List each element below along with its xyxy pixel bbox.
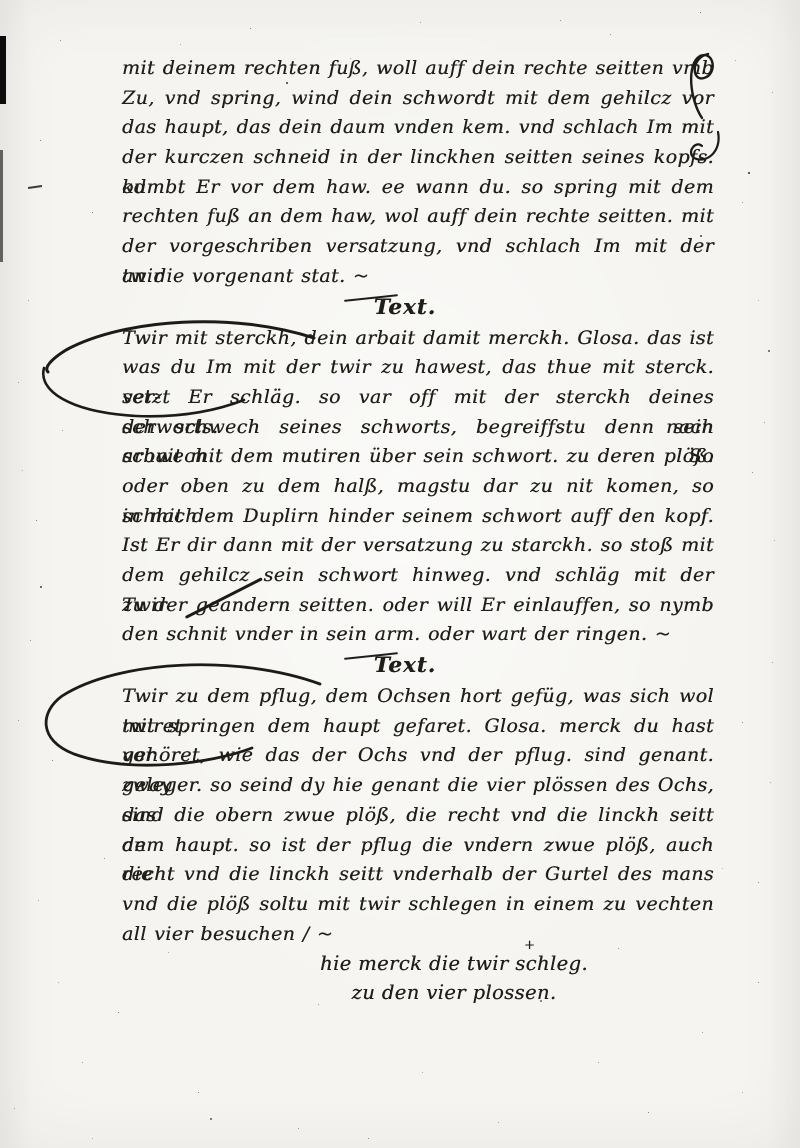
section-heading: Text. xyxy=(122,650,714,682)
manuscript-line: Zu, vnd spring, wind dein schwordt mit d… xyxy=(122,84,714,114)
manuscript-line: der schwech seines schworts, begreiffstu… xyxy=(122,413,714,443)
manuscript-line: Twir zu dem pflug, dem Ochsen hort gefüg… xyxy=(122,682,714,712)
manuscript-line: das haupt, das dein daum vnden kem. vnd … xyxy=(122,113,714,143)
section-heading-label: Text. xyxy=(374,292,436,324)
manuscript-line: was du Im mit der twir zu hawest, das th… xyxy=(122,353,714,383)
closing-line: hie merck die twir schleg. xyxy=(194,949,714,978)
paragraph: Twir mit sterckh, dein arbait damit merc… xyxy=(122,324,714,651)
manuscript-line: geleger. so seind dy hie genant die vier… xyxy=(122,771,714,801)
manuscript-line: der vorgeschriben versatzung, vnd schlac… xyxy=(122,232,714,262)
section-heading: Text. xyxy=(122,292,714,324)
manuscript-line: vnd die plöß soltu mit twir schlegen in … xyxy=(122,890,714,920)
closing-couplet: + hie merck die twir schleg. zu den vier… xyxy=(122,949,714,1007)
manuscript-line: mit springen dem haupt gefaret. Glosa. m… xyxy=(122,712,714,742)
line-segment: ndern seitten. oder will Er einlauffen, … xyxy=(232,594,714,616)
manuscript-line: arbait mit dem mutiren über sein schwort… xyxy=(122,442,714,472)
manuscript-line: kumbt Er vor dem haw. ee wann du. so spr… xyxy=(122,173,714,203)
paper-speckles xyxy=(0,0,2,2)
section-heading-label: Text. xyxy=(374,650,436,682)
manuscript-line: gehöret, wie das der Ochs vnd der pflug.… xyxy=(122,741,714,771)
manuscript-line: in mit dem Duplirn hinder seinem schwort… xyxy=(122,502,714,532)
manuscript-line: rechten fuß an dem haw, wol auff dein re… xyxy=(122,202,714,232)
manuscript-line: an die vorgenant stat. ~ xyxy=(122,262,714,292)
scan-edge-artifact xyxy=(0,36,6,104)
paragraph: Twir zu dem pflug, dem Ochsen hort gefüg… xyxy=(122,682,714,949)
insertion-mark: + xyxy=(524,938,535,953)
manuscript-line: Twir mit sterckh, dein arbait damit merc… xyxy=(122,324,714,354)
manuscript-line: sind die obern zwue plöß, die recht vnd … xyxy=(122,801,714,831)
struck-out-word: gea xyxy=(196,594,232,616)
manuscript-line: dem haupt. so ist der pflug die vndern z… xyxy=(122,831,714,861)
scan-edge-artifact xyxy=(0,150,3,262)
manuscript-line: der kurczen schneid in der linckhen seit… xyxy=(122,143,714,173)
manuscript-line: den schnit vnder in sein arm. oder wart … xyxy=(122,620,714,650)
manuscript-line: setzt Er schläg. so var off mit der ster… xyxy=(122,383,714,413)
manuscript-line: mit deinem rechten fuß, woll auff dein r… xyxy=(122,54,714,84)
manuscript-line: oder oben zu dem halß, magstu dar zu nit… xyxy=(122,472,714,502)
manuscript-line: all vier besuchen / ~ xyxy=(122,920,714,950)
manuscript-line-with-correction: zu der geandern seitten. oder will Er ei… xyxy=(122,591,714,621)
manuscript-text-block: mit deinem rechten fuß, woll auff dein r… xyxy=(122,54,714,1007)
closing-line: zu den vier plossen. xyxy=(194,978,714,1007)
paragraph: mit deinem rechten fuß, woll auff dein r… xyxy=(122,54,714,292)
line-segment: zu der xyxy=(122,594,196,616)
manuscript-line: recht vnd die linckh seitt vnderhalb der… xyxy=(122,860,714,890)
manuscript-line: Ist Er dir dann mit der versatzung zu st… xyxy=(122,531,714,561)
manuscript-line: dem gehilcz sein schwort hinweg. vnd sch… xyxy=(122,561,714,591)
